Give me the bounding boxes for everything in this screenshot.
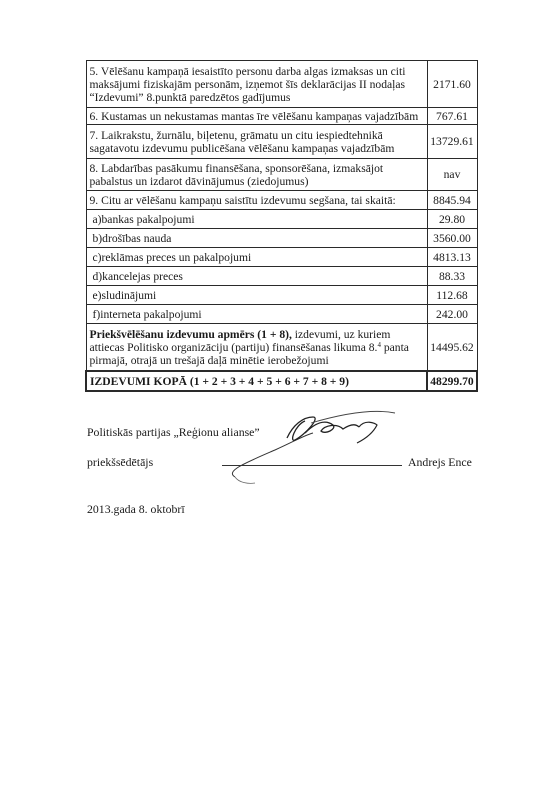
row-value: 13729.61 bbox=[427, 125, 477, 159]
pre-election-label: Priekšvēlēšanu izdevumu apmērs (1 + 8), … bbox=[86, 324, 427, 372]
table-row: b)drošības nauda 3560.00 bbox=[86, 229, 477, 248]
expenses-table: 5. Vēlēšanu kampaņā iesaistīto personu d… bbox=[85, 60, 478, 392]
row-label: d)kancelejas preces bbox=[86, 267, 427, 286]
total-value: 48299.70 bbox=[427, 371, 477, 391]
pre-election-value: 14495.62 bbox=[427, 324, 477, 372]
table-row: 9. Citu ar vēlēšanu kampaņu saistītu izd… bbox=[86, 191, 477, 210]
row-label: 9. Citu ar vēlēšanu kampaņu saistītu izd… bbox=[86, 191, 427, 210]
document-page: 5. Vēlēšanu kampaņā iesaistīto personu d… bbox=[0, 0, 553, 792]
row-value: 88.33 bbox=[427, 267, 477, 286]
row-label: 8. Labdarības pasākumu finansēšana, spon… bbox=[86, 159, 427, 191]
row-label: f)interneta pakalpojumi bbox=[86, 305, 427, 324]
row-label: b)drošības nauda bbox=[86, 229, 427, 248]
document-date: 2013.gada 8. oktobrī bbox=[87, 502, 185, 517]
table-row: d)kancelejas preces 88.33 bbox=[86, 267, 477, 286]
total-row: IZDEVUMI KOPĀ (1 + 2 + 3 + 4 + 5 + 6 + 7… bbox=[86, 371, 477, 391]
row-value: 4813.13 bbox=[427, 248, 477, 267]
row-value: 767.61 bbox=[427, 108, 477, 125]
row-label: 5. Vēlēšanu kampaņā iesaistīto personu d… bbox=[86, 61, 427, 108]
row-value: nav bbox=[427, 159, 477, 191]
row-label: c)reklāmas preces un pakalpojumi bbox=[86, 248, 427, 267]
pre-election-bold: Priekšvēlēšanu izdevumu apmērs (1 + 8), bbox=[90, 328, 292, 341]
row-label: a)bankas pakalpojumi bbox=[86, 210, 427, 229]
table-row: c)reklāmas preces un pakalpojumi 4813.13 bbox=[86, 248, 477, 267]
table-row: 6. Kustamas un nekustamas mantas īre vēl… bbox=[86, 108, 477, 125]
row-value: 3560.00 bbox=[427, 229, 477, 248]
total-label: IZDEVUMI KOPĀ (1 + 2 + 3 + 4 + 5 + 6 + 7… bbox=[86, 371, 427, 391]
row-label: 7. Laikrakstu, žurnālu, biļetenu, grāmat… bbox=[86, 125, 427, 159]
row-value: 242.00 bbox=[427, 305, 477, 324]
row-label: 6. Kustamas un nekustamas mantas īre vēl… bbox=[86, 108, 427, 125]
table-row: 7. Laikrakstu, žurnālu, biļetenu, grāmat… bbox=[86, 125, 477, 159]
row-value: 112.68 bbox=[427, 286, 477, 305]
table-row: 5. Vēlēšanu kampaņā iesaistīto personu d… bbox=[86, 61, 477, 108]
signature-icon bbox=[225, 405, 425, 485]
table-row: f)interneta pakalpojumi 242.00 bbox=[86, 305, 477, 324]
row-value: 2171.60 bbox=[427, 61, 477, 108]
role-title: priekšsēdētājs bbox=[87, 455, 153, 470]
row-value: 8845.94 bbox=[427, 191, 477, 210]
row-value: 29.80 bbox=[427, 210, 477, 229]
table-row: a)bankas pakalpojumi 29.80 bbox=[86, 210, 477, 229]
signer-name: Andrejs Ence bbox=[408, 455, 472, 470]
pre-election-row: Priekšvēlēšanu izdevumu apmērs (1 + 8), … bbox=[86, 324, 477, 372]
table-row: e)sludinājumi 112.68 bbox=[86, 286, 477, 305]
table-row: 8. Labdarības pasākumu finansēšana, spon… bbox=[86, 159, 477, 191]
row-label: e)sludinājumi bbox=[86, 286, 427, 305]
